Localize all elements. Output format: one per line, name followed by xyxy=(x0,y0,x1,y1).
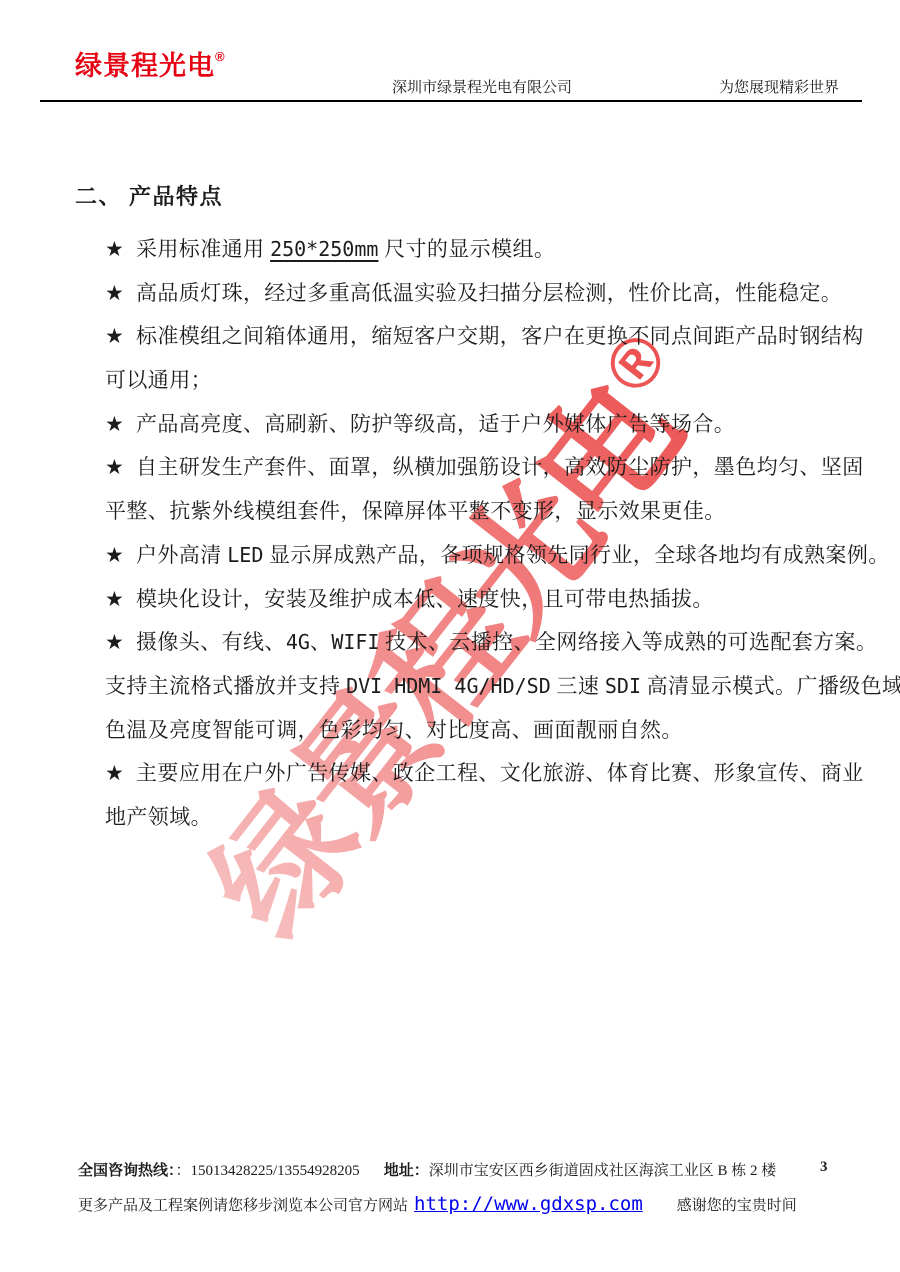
company-name: 深圳市绿景程光电有限公司 xyxy=(392,76,572,97)
feature-text: 标准模组之间箱体通用，缩短客户交期，客户在更换不同点间距产品时钢结构 xyxy=(136,324,864,348)
feature-text: 户外高清 LED 显示屏成熟产品，各项规格领先同行业，全球各地均有成熟案例。 xyxy=(136,543,890,567)
feature-text: 产品高亮度、高刷新、防护等级高，适于户外媒体广告等场合。 xyxy=(136,412,735,436)
page-number: 3 xyxy=(820,1159,828,1176)
footer-website-line: 更多产品及工程案例请您移步浏览本公司官方网站http://www.gdxsp.c… xyxy=(78,1193,797,1215)
star-bullet-icon: ★ xyxy=(105,578,136,622)
feature-line: ★产品高亮度、高刷新、防护等级高，适于户外媒体广告等场合。 xyxy=(105,403,875,447)
feature-text: 自主研发生产套件、面罩，纵横加强筋设计，高效防尘防护，墨色均匀、坚固 xyxy=(136,455,864,479)
feature-text: 高品质灯珠，经过多重高低温实验及扫描分层检测，性价比高，性能稳定。 xyxy=(136,281,842,305)
section-heading: 二、 产品特点 xyxy=(75,180,223,211)
address-label: 地址： xyxy=(384,1162,429,1179)
feature-text: 主要应用在户外广告传媒、政企工程、文化旅游、体育比赛、形象宣传、商业 xyxy=(136,761,864,785)
company-slogan: 为您展现精彩世界 xyxy=(719,76,839,97)
logo-text: 绿景程光电 xyxy=(75,51,215,81)
feature-line-continuation: 平整、抗紫外线模组套件，保障屏体平整不变形，显示效果更佳。 xyxy=(105,490,875,534)
feature-text: 采用标准通用 250*250mm 尺寸的显示模组。 xyxy=(136,237,555,261)
feature-line: ★自主研发生产套件、面罩，纵横加强筋设计，高效防尘防护，墨色均匀、坚固 xyxy=(105,446,875,490)
star-bullet-icon: ★ xyxy=(105,621,136,665)
header-divider xyxy=(40,100,862,102)
footer-contact-line: 全国咨询热线：：15013428225/13554928205地址：深圳市宝安区… xyxy=(78,1159,776,1180)
feature-line: ★采用标准通用 250*250mm 尺寸的显示模组。 xyxy=(105,228,875,272)
star-bullet-icon: ★ xyxy=(105,228,136,272)
feature-text: 模块化设计，安装及维护成本低、速度快，且可带电热插拔。 xyxy=(136,587,714,611)
feature-line: ★主要应用在户外广告传媒、政企工程、文化旅游、体育比赛、形象宣传、商业 xyxy=(105,752,875,796)
star-bullet-icon: ★ xyxy=(105,403,136,447)
feature-line: ★摄像头、有线、4G、WIFI 技术、云播控、全网络接入等成熟的可选配套方案。 xyxy=(105,621,875,665)
document-page: 绿景程光电® 绿景程光电® 深圳市绿景程光电有限公司 为您展现精彩世界 二、 产… xyxy=(0,0,900,1272)
registered-trademark-icon: ® xyxy=(215,49,225,64)
feature-line-continuation: 支持主流格式播放并支持 DVI HDMI 4G/HD/SD 三速 SDI 高清显… xyxy=(105,665,875,709)
feature-line-continuation: 可以通用； xyxy=(105,359,875,403)
feature-text: 色温及亮度智能可调，色彩均匀、对比度高、画面靓丽自然。 xyxy=(105,718,683,742)
footer-more-text: 更多产品及工程案例请您移步浏览本公司官方网站 xyxy=(78,1198,408,1214)
hotline-label: 全国咨询热线： xyxy=(78,1162,176,1179)
feature-line: ★高品质灯珠，经过多重高低温实验及扫描分层检测，性价比高，性能稳定。 xyxy=(105,272,875,316)
feature-line-continuation: 色温及亮度智能可调，色彩均匀、对比度高、画面靓丽自然。 xyxy=(105,709,875,753)
feature-text: 地产领域。 xyxy=(105,805,212,829)
feature-line: ★模块化设计，安装及维护成本低、速度快，且可带电热插拔。 xyxy=(105,578,875,622)
website-link[interactable]: http://www.gdxsp.com xyxy=(414,1193,643,1215)
feature-text: 平整、抗紫外线模组套件，保障屏体平整不变形，显示效果更佳。 xyxy=(105,499,726,523)
feature-line: ★户外高清 LED 显示屏成熟产品，各项规格领先同行业，全球各地均有成熟案例。 xyxy=(105,534,875,578)
feature-line: ★标准模组之间箱体通用，缩短客户交期，客户在更换不同点间距产品时钢结构 xyxy=(105,315,875,359)
feature-line-continuation: 地产领域。 xyxy=(105,796,875,840)
star-bullet-icon: ★ xyxy=(105,315,136,359)
feature-text: 摄像头、有线、4G、WIFI 技术、云播控、全网络接入等成熟的可选配套方案。 xyxy=(136,630,877,654)
star-bullet-icon: ★ xyxy=(105,752,136,796)
feature-text: 可以通用； xyxy=(105,368,212,392)
hotline-numbers: ：15013428225/13554928205 xyxy=(176,1163,360,1179)
star-bullet-icon: ★ xyxy=(105,272,136,316)
footer-thanks-text: 感谢您的宝贵时间 xyxy=(677,1198,797,1214)
star-bullet-icon: ★ xyxy=(105,446,136,490)
feature-text: 支持主流格式播放并支持 DVI HDMI 4G/HD/SD 三速 SDI 高清显… xyxy=(105,674,900,698)
star-bullet-icon: ★ xyxy=(105,534,136,578)
address-value: 深圳市宝安区西乡街道固戍社区海滨工业区 B 栋 2 楼 xyxy=(429,1163,777,1179)
feature-list: ★采用标准通用 250*250mm 尺寸的显示模组。★高品质灯珠，经过多重高低温… xyxy=(105,228,875,840)
company-logo: 绿景程光电® xyxy=(75,44,225,83)
